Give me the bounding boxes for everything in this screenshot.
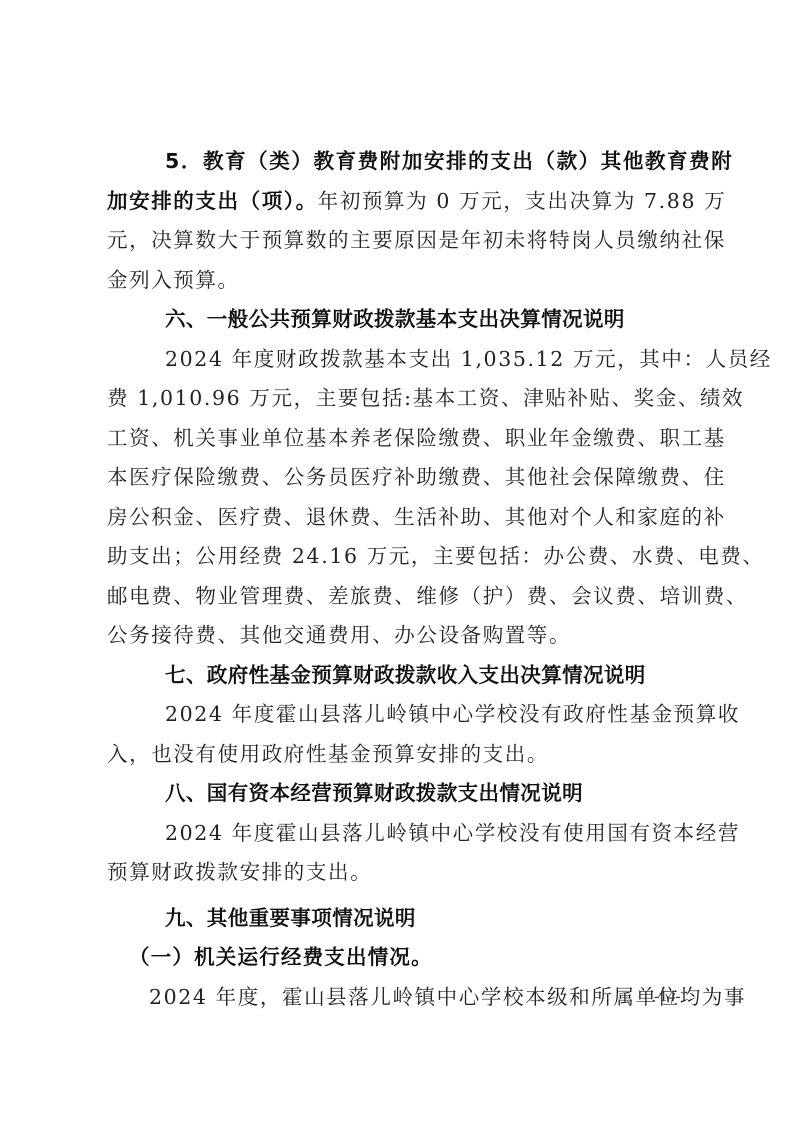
section7-line: 入，也没有使用政府性基金预算安排的支出。	[107, 735, 691, 775]
section5-budget-text: 年初预算为 0 万元，支出决算为 7.88 万	[318, 189, 727, 213]
section6-line: 公务接待费、其他交通费用、办公设备购置等。	[107, 616, 691, 656]
section6-line: 助支出；公用经费 24.16 万元，主要包括：办公费、水费、电费、	[107, 537, 691, 577]
section8-heading: 八、国有资本经营预算财政拨款支出情况说明	[107, 774, 691, 814]
section6-line: 工资、机关事业单位基本养老保险缴费、职业年金缴费、职工基	[107, 419, 691, 459]
section8-line: 2024 年度霍山县落儿岭镇中心学校没有使用国有资本经营	[107, 814, 691, 854]
section9-line: 2024 年度，霍山县落儿岭镇中心学校本级和所属单位均为事	[107, 978, 691, 1018]
page-number: -14-	[654, 988, 681, 1006]
section6-line: 房公积金、医疗费、退休费、生活补助、其他对个人和家庭的补	[107, 498, 691, 538]
section6-line: 2024 年度财政拨款基本支出 1,035.12 万元，其中：人员经	[107, 340, 691, 380]
section5-title-line2: 加安排的支出（项）。年初预算为 0 万元，支出决算为 7.88 万	[107, 182, 691, 222]
section9-heading: 九、其他重要事项情况说明	[107, 899, 691, 939]
section7-heading: 七、政府性基金预算财政拨款收入支出决算情况说明	[107, 656, 691, 696]
section7-line: 2024 年度霍山县落儿岭镇中心学校没有政府性基金预算收	[107, 695, 691, 735]
section5-title-line1: 5．教育（类）教育费附加安排的支出（款）其他教育费附	[107, 142, 691, 182]
section5-line4: 金列入预算。	[107, 261, 691, 301]
section6-line: 本医疗保险缴费、公务员医疗补助缴费、其他社会保障缴费、住	[107, 458, 691, 498]
section6-heading: 六、一般公共预算财政拨款基本支出决算情况说明	[107, 300, 691, 340]
section5-title-bold: 加安排的支出（项）。	[107, 189, 318, 213]
section6-line: 邮电费、物业管理费、差旅费、维修（护）费、会议费、培训费、	[107, 577, 691, 617]
section5-line3: 元，决算数大于预算数的主要原因是年初未将特岗人员缴纳社保	[107, 221, 691, 261]
section9-subheading: （一）机关运行经费支出情况。	[107, 938, 691, 978]
section8-line: 预算财政拨款安排的支出。	[107, 853, 691, 893]
document-page: 5．教育（类）教育费附加安排的支出（款）其他教育费附 加安排的支出（项）。年初预…	[107, 142, 691, 1017]
section6-line: 费 1,010.96 万元，主要包括:基本工资、津贴补贴、奖金、绩效	[107, 379, 691, 419]
